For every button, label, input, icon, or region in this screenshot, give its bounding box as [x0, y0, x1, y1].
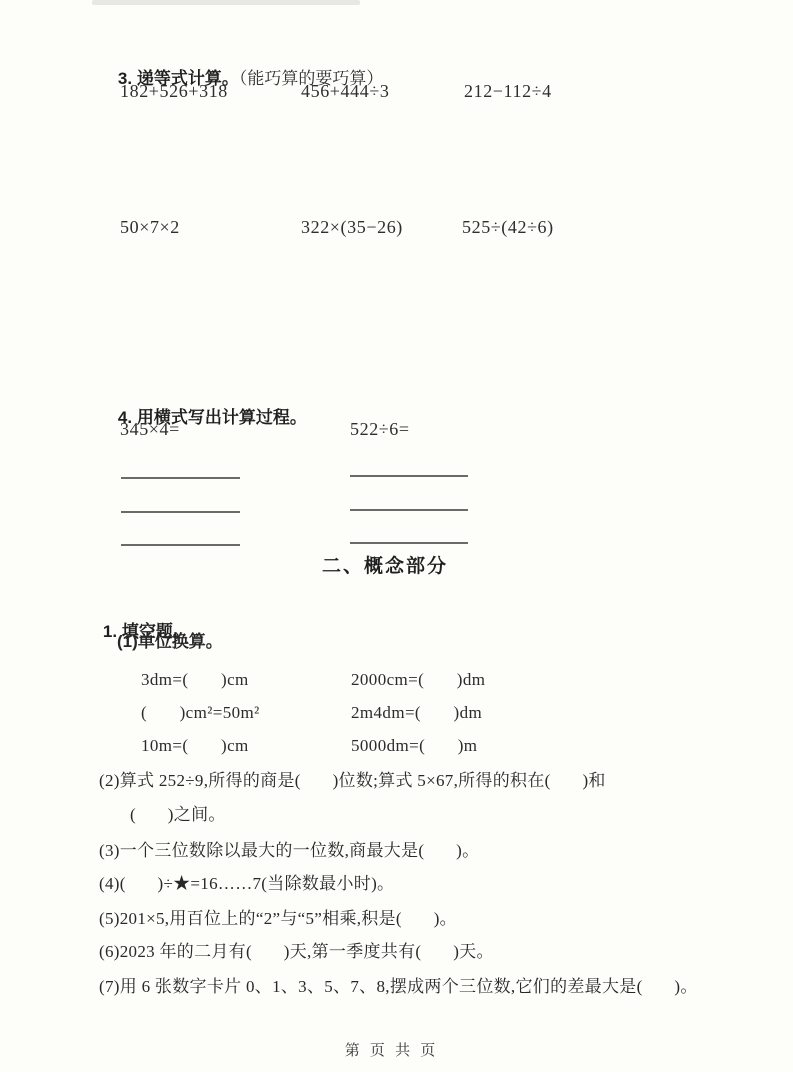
conversion-r3-right: 5000dm=( )m [351, 735, 477, 756]
answer-line [350, 509, 468, 511]
problem-right: 522÷6= [350, 418, 410, 441]
page-footer: 第 页 共 页 [0, 1042, 783, 1061]
item-2-line2: ( )之间。 [130, 804, 226, 825]
conversion-r1-left: 3dm=( )cm [141, 669, 249, 690]
problem-left: 345×4= [120, 418, 180, 441]
scan-artifact [92, 0, 360, 5]
expression-2: 456+444÷3 [301, 80, 389, 103]
conversion-r2-left: ( )cm²=50m² [141, 702, 260, 723]
item-4: (4)( )÷★=16……7(当除数最小时)。 [99, 873, 394, 894]
subquestion1-label: (1)单位换算。 [117, 631, 223, 652]
answer-line [121, 477, 240, 479]
answer-line [121, 511, 240, 513]
expression-3: 212−112÷4 [464, 80, 552, 103]
expression-5: 322×(35−26) [301, 216, 403, 239]
conversion-r3-left: 10m=( )cm [141, 735, 249, 756]
answer-line [121, 544, 240, 546]
fill-in-number: 1. [103, 622, 117, 641]
item-7: (7)用 6 张数字卡片 0、1、3、5、7、8,摆成两个三位数,它们的差最大是… [99, 976, 698, 997]
expression-4: 50×7×2 [120, 216, 180, 239]
worksheet-page: 3. 递等式计算。（能巧算的要巧算） 182+526+318 456+444÷3… [0, 0, 793, 1072]
answer-line [350, 542, 468, 544]
item-5: (5)201×5,用百位上的“2”与“5”相乘,积是( )。 [99, 908, 457, 929]
answer-line [350, 475, 468, 477]
part2-heading: 二、概念部分 [0, 555, 770, 579]
expression-6: 525÷(42÷6) [462, 216, 554, 239]
item-2-line1: (2)算式 252÷9,所得的商是( )位数;算式 5×67,所得的积在( )和 [99, 770, 606, 791]
conversion-r1-right: 2000cm=( )dm [351, 669, 485, 690]
item-6: (6)2023 年的二月有( )天,第一季度共有( )天。 [99, 941, 494, 962]
conversion-r2-right: 2m4dm=( )dm [351, 702, 482, 723]
expression-1: 182+526+318 [120, 80, 228, 103]
item-3: (3)一个三位数除以最大的一位数,商最大是( )。 [99, 840, 479, 861]
